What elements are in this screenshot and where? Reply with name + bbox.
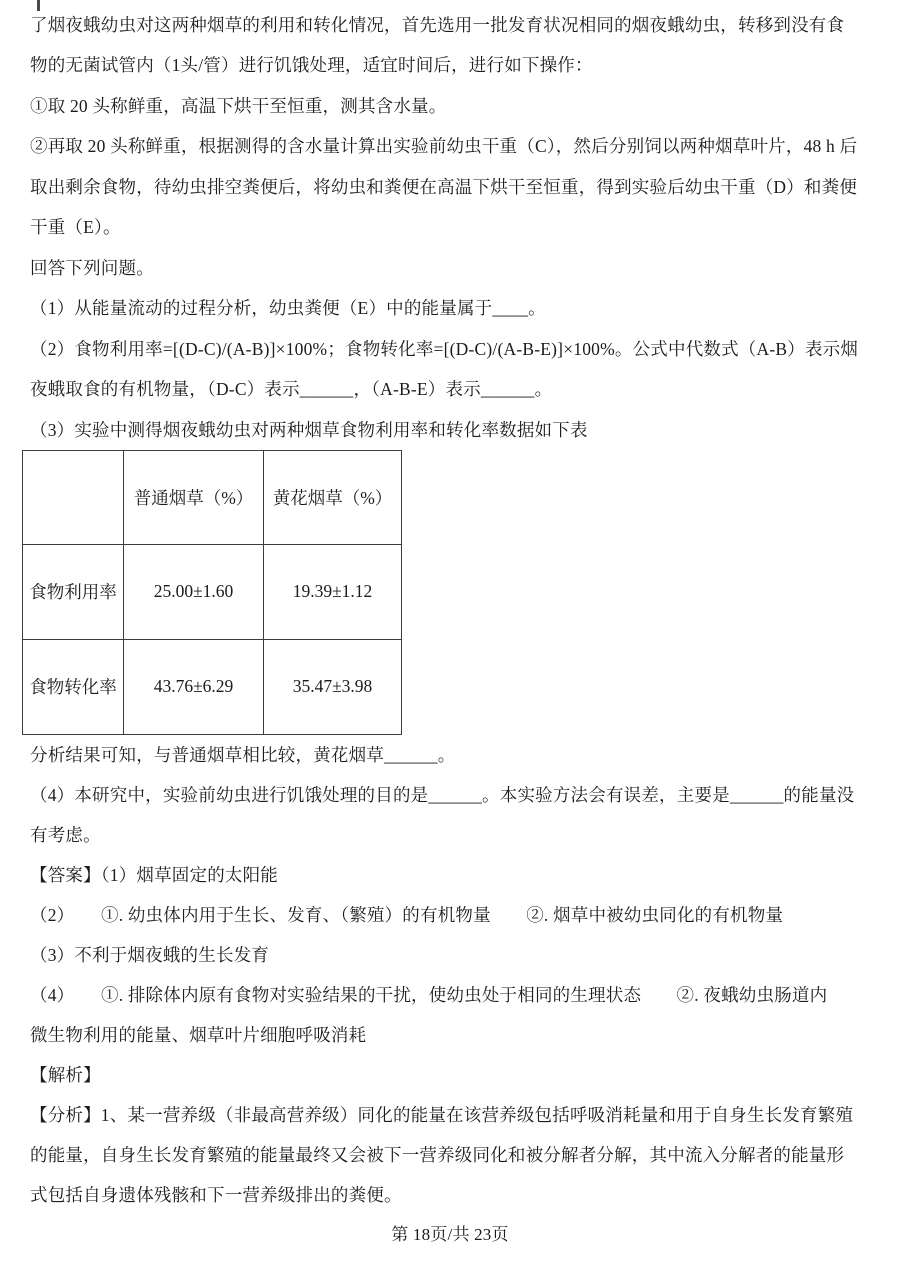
utilization-common-value: 25.00±1.60	[124, 544, 264, 639]
analysis-line: 的能量，自身生长发育繁殖的能量最终又会被下一营养级同化和被分解者分解，其中流入分…	[0, 1135, 900, 1175]
answer-2-line: （2） ①. 幼虫体内用于生长、发育、（繁殖）的有机物量 ②. 烟草中被幼虫同化…	[0, 895, 900, 935]
question-1-line: （1）从能量流动的过程分析，幼虫粪便（E）中的能量属于____。	[0, 288, 900, 329]
answer-4-line: （4） ①. 排除体内原有食物对实验结果的干扰，使幼虫处于相同的生理状态 ②. …	[0, 975, 900, 1015]
page-footer: 第 18页/共 23页	[0, 1215, 900, 1251]
table-analysis-line: 分析结果可知，与普通烟草相比较，黄花烟草______。	[0, 735, 900, 775]
stem-line: 了烟夜蛾幼虫对这两种烟草的利用和转化情况，首先选用一批发育状况相同的烟夜蛾幼虫，…	[0, 4, 900, 45]
question-stem-block: 了烟夜蛾幼虫对这两种烟草的利用和转化情况，首先选用一批发育状况相同的烟夜蛾幼虫，…	[0, 4, 900, 450]
table-row: 食物利用率 25.00±1.60 19.39±1.12	[23, 544, 402, 639]
question-4-line: （4）本研究中，实验前幼虫进行饥饿处理的目的是______。本实验方法会有误差，…	[0, 775, 900, 815]
row-label-conversion: 食物转化率	[23, 639, 124, 734]
analysis-line: 式包括自身遗体残骸和下一营养级排出的粪便。	[0, 1175, 900, 1215]
answer-1-line: 【答案】（1）烟草固定的太阳能	[0, 855, 900, 895]
document-page: 了烟夜蛾幼虫对这两种烟草的利用和转化情况，首先选用一批发育状况相同的烟夜蛾幼虫，…	[0, 0, 900, 1251]
conversion-yellow-value: 35.47±3.98	[264, 639, 402, 734]
table-header-yellow-tobacco: 黄花烟草（%）	[264, 450, 402, 544]
table-corner-cell	[23, 450, 124, 544]
step-2-line: 干重（E）。	[0, 207, 900, 248]
answers-block: 分析结果可知，与普通烟草相比较，黄花烟草______。 （4）本研究中，实验前幼…	[0, 735, 900, 1215]
answer-prompt-line: 回答下列问题。	[0, 247, 900, 288]
stem-line: 物的无菌试管内（1头/管）进行饥饿处理，适宜时间后，进行如下操作：	[0, 45, 900, 86]
question-3-line: （3）实验中测得烟夜蛾幼虫对两种烟草食物利用率和转化率数据如下表	[0, 409, 900, 450]
results-table: 普通烟草（%） 黄花烟草（%） 食物利用率 25.00±1.60 19.39±1…	[22, 450, 402, 735]
analysis-line: 【分析】1、某一营养级（非最高营养级）同化的能量在该营养级包括呼吸消耗量和用于自…	[0, 1095, 900, 1135]
table-header-row: 普通烟草（%） 黄花烟草（%）	[23, 450, 402, 544]
step-2-line: 取出剩余食物，待幼虫排空粪便后，将幼虫和粪便在高温下烘干至恒重，得到实验后幼虫干…	[0, 166, 900, 207]
page-edge-artifact	[37, 0, 40, 11]
step-1-line: ①取 20 头称鲜重，高温下烘干至恒重，测其含水量。	[0, 85, 900, 126]
question-2-blanks-line: 夜蛾取食的有机物量，（D-C）表示______，（A-B-E）表示______。	[0, 369, 900, 410]
utilization-yellow-value: 19.39±1.12	[264, 544, 402, 639]
conversion-common-value: 43.76±6.29	[124, 639, 264, 734]
explanation-heading-line: 【解析】	[0, 1055, 900, 1095]
table-header-common-tobacco: 普通烟草（%）	[124, 450, 264, 544]
answer-4-line: 微生物利用的能量、烟草叶片细胞呼吸消耗	[0, 1015, 900, 1055]
row-label-utilization: 食物利用率	[23, 544, 124, 639]
question-4-line: 有考虑。	[0, 815, 900, 855]
step-2-line: ②再取 20 头称鲜重，根据测得的含水量计算出实验前幼虫干重（C），然后分别饲以…	[0, 126, 900, 167]
question-2-formula-line: （2）食物利用率=[(D-C)/(A-B)]×100%；食物转化率=[(D-C)…	[0, 328, 900, 369]
answer-3-line: （3）不利于烟夜蛾的生长发育	[0, 935, 900, 975]
table-row: 食物转化率 43.76±6.29 35.47±3.98	[23, 639, 402, 734]
